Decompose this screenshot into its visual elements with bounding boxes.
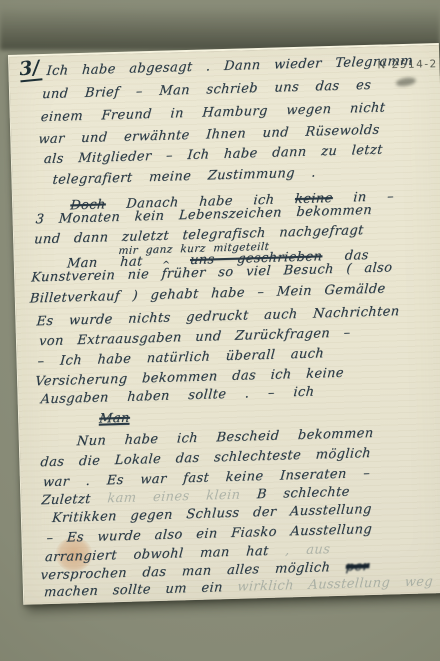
handwriting-segment: Ich habe abgesagt . Dann wieder Telegram…	[46, 54, 414, 79]
handwriting-segment: telegrafiert meine Zustimmung .	[52, 165, 317, 187]
handwriting-segment: machen sollte um ein	[43, 580, 223, 600]
handwriting-segment: per	[345, 559, 370, 575]
handwriting-segment: als Mitglieder – Ich habe dann zu letzt	[43, 143, 383, 168]
handwriting-segment: von Extraausgaben und Zurückfragen –	[38, 326, 351, 350]
handwriting-line: telegrafiert meine Zustimmung .	[52, 165, 317, 187]
handwriting-segment: Billetverkauf ) gehabt habe – Mein Gemäl…	[29, 282, 386, 307]
backdrop-shadow	[0, 6, 440, 50]
handwriting-segment: einem Freund in Hamburg wegen nicht	[40, 100, 386, 125]
handwriting-segment: , aus	[285, 542, 331, 558]
handwriting-line: Nun habe ich Bescheid bekommen	[76, 426, 374, 449]
handwriting-line: Billetverkauf ) gehabt habe – Mein Gemäl…	[29, 282, 386, 307]
handwriting-segment: – Ich habe natürlich überall auch	[37, 346, 325, 369]
handwriting-line: einem Freund in Hamburg wegen nicht	[40, 100, 386, 125]
handwriting-line: und Brief – Man schrieb uns das es	[42, 78, 372, 102]
handwriting-line: von Extraausgaben und Zurückfragen –	[38, 326, 351, 350]
handwriting-segment: wirklich	[237, 578, 295, 595]
handwriting-segment: Man	[99, 411, 131, 427]
handwriting-line: als Mitglieder – Ich habe dann zu letzt	[43, 143, 383, 168]
handwriting-lines: Ich habe abgesagt . Dann wieder Telegram…	[9, 45, 440, 605]
handwriting-segment: Ausgaben haben sollte . –	[40, 386, 275, 408]
handwriting-line: – Ich habe natürlich überall auch	[37, 346, 325, 369]
manuscript-page: 3/ N 2514-2 Ich habe abgesagt . Dann wie…	[8, 43, 440, 605]
handwriting-line: Ich habe abgesagt . Dann wieder Telegram…	[46, 54, 414, 79]
handwriting-segment: Zuletzt	[41, 492, 91, 508]
handwriting-segment: kam eines klein	[107, 488, 241, 507]
photograph-of-manuscript: 3/ N 2514-2 Ich habe abgesagt . Dann wie…	[0, 0, 440, 661]
handwriting-segment: Ausstellung weg	[308, 574, 434, 593]
handwriting-segment: ich	[293, 385, 315, 401]
handwriting-segment: Nun habe ich Bescheid bekommen	[76, 426, 374, 449]
handwriting-segment: und Brief – Man schrieb uns das es	[42, 78, 372, 102]
handwriting-segment: B schlechte	[256, 485, 350, 503]
handwriting-line: Man	[99, 411, 131, 427]
